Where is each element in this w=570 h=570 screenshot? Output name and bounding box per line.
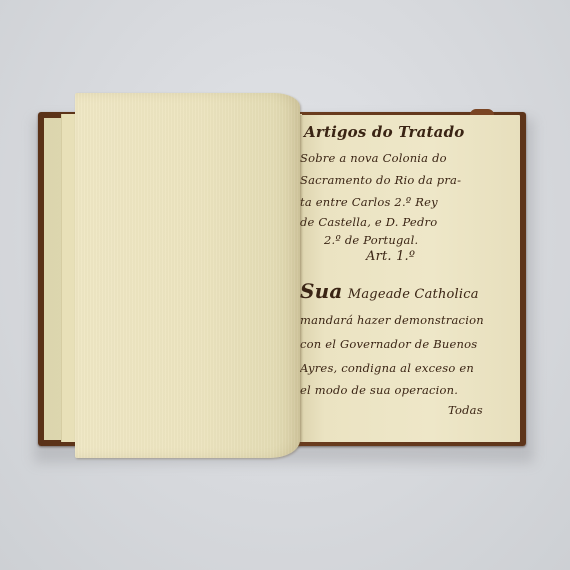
catchword: Todas xyxy=(448,403,483,417)
heading-line-2: Sobre a nova Colonia do xyxy=(300,151,447,165)
heading-line-4: ta entre Carlos 2.º Rey xyxy=(300,195,438,209)
body-initial: Sua xyxy=(300,279,343,303)
left-page-blank-curled xyxy=(75,93,300,458)
body-first-line-rest: Mageade Catholica xyxy=(348,287,479,302)
body-line-2: mandará hazer demonstracion xyxy=(300,313,484,327)
heading-line-6: 2.º de Portugal. xyxy=(324,233,418,247)
body-line-1: Sua Mageade Catholica xyxy=(300,279,479,303)
heading-line-5: de Castella, e D. Pedro xyxy=(300,215,437,229)
heading-line-1: Artigos do Tratado xyxy=(304,123,464,141)
manuscript-text: Artigos do Tratado Sobre a nova Colonia … xyxy=(298,115,520,442)
article-label: Art. 1.º xyxy=(366,249,415,264)
right-page: Artigos do Tratado Sobre a nova Colonia … xyxy=(298,115,520,442)
body-line-3: con el Governador de Buenos xyxy=(300,337,477,351)
body-line-4: Ayres, condigna al exceso en xyxy=(300,361,474,375)
heading-line-3: Sacramento do Rio da pra- xyxy=(300,173,461,187)
body-line-5: el modo de sua operacion. xyxy=(300,383,458,397)
